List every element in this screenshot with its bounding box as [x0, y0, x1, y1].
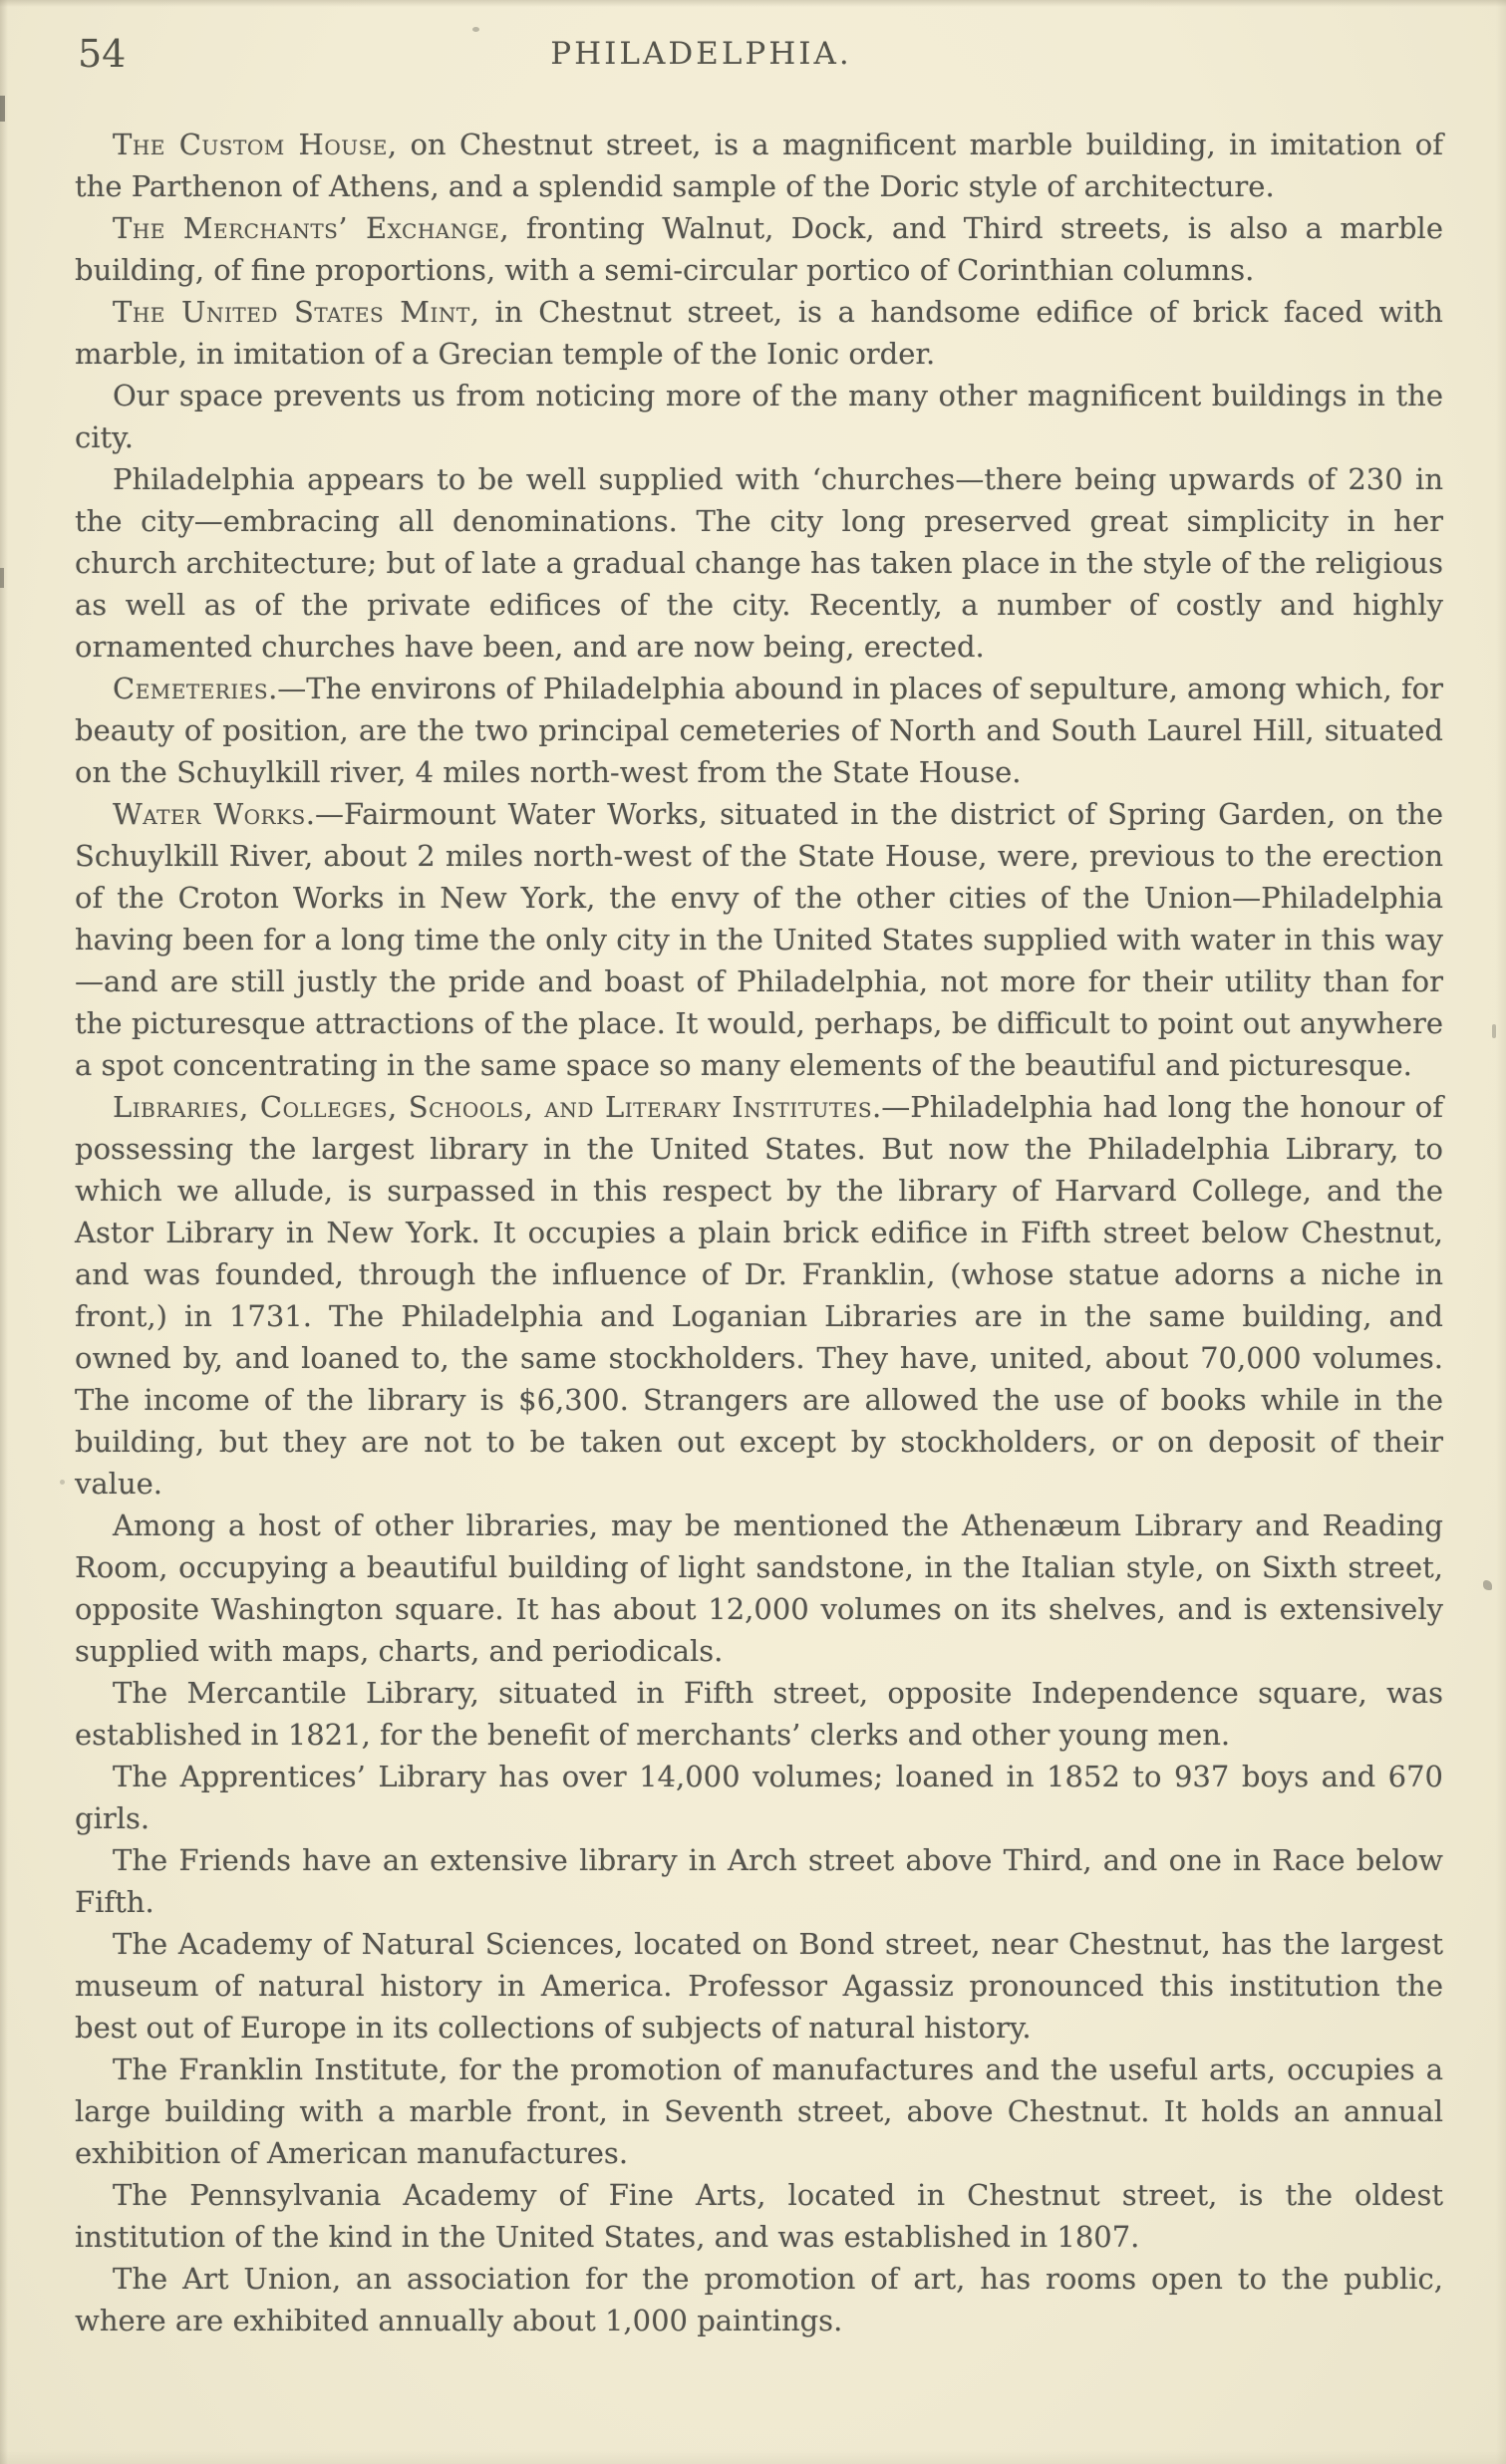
paragraph-franklin-institute: The Franklin Institute, for the promotio…: [75, 2049, 1443, 2174]
paragraph-mercantile-library: The Mercantile Library, situated in Fift…: [75, 1672, 1443, 1756]
paragraph-us-mint: The United States Mint, in Chestnut stre…: [75, 291, 1443, 375]
paragraph-text: The Franklin Institute, for the promotio…: [75, 2053, 1443, 2170]
ink-speck: [60, 1480, 65, 1485]
paragraph-text: The Art Union, an association for the pr…: [75, 2262, 1443, 2337]
paragraph-water-works: Water Works.—Fairmount Water Works, situ…: [75, 793, 1443, 1086]
paragraph-text: The Friends have an extensive library in…: [75, 1843, 1443, 1919]
paragraph-our-space: Our space prevents us from noticing more…: [75, 375, 1443, 458]
paragraph-text: .—Philadelphia had long the honour of po…: [75, 1090, 1443, 1501]
paragraph-text: The Mercantile Library, situated in Fift…: [75, 1676, 1443, 1752]
ink-speck: [472, 27, 479, 32]
paragraph-cemeteries: Cemeteries.—The environs of Philadelphia…: [75, 668, 1443, 793]
scan-edge-mark: [0, 568, 4, 588]
ink-speck: [1492, 1024, 1496, 1038]
ink-speck: [1483, 1580, 1492, 1590]
scan-edge-mark: [0, 96, 5, 122]
page-header: 54 PHILADELPHIA.: [0, 26, 1506, 86]
paragraph-apprentices-library: The Apprentices’ Library has over 14,000…: [75, 1756, 1443, 1839]
paragraph-libraries: Libraries, Colleges, Schools, and Litera…: [75, 1086, 1443, 1505]
paragraph-text: The Pennsylvania Academy of Fine Arts, l…: [75, 2178, 1443, 2254]
paragraph-academy-natural-sciences: The Academy of Natural Sciences, located…: [75, 1923, 1443, 2049]
paragraph-merchants-exchange: The Merchants’ Exchange, fronting Walnut…: [75, 207, 1443, 291]
paragraph-friends-library: The Friends have an extensive library in…: [75, 1839, 1443, 1923]
paragraph-pa-academy-fine-arts: The Pennsylvania Academy of Fine Arts, l…: [75, 2174, 1443, 2258]
paragraph-text: Among a host of other libraries, may be …: [75, 1508, 1443, 1668]
paragraph-lead: The United States Mint: [113, 295, 470, 329]
paragraph-text: Philadelphia appears to be well supplied…: [75, 462, 1443, 664]
paragraph-art-union: The Art Union, an association for the pr…: [75, 2258, 1443, 2341]
paragraph-lead: The Custom House: [113, 128, 388, 161]
paragraph-text: The Apprentices’ Library has over 14,000…: [75, 1760, 1443, 1835]
paragraph-lead: The Merchants’ Exchange: [113, 211, 499, 245]
paragraph-text: Our space prevents us from noticing more…: [75, 379, 1443, 454]
paragraph-text: The Academy of Natural Sciences, located…: [75, 1927, 1443, 2045]
paragraph-lead: Cemeteries: [113, 672, 268, 705]
paragraph-text: .—The environs of Philadelphia abound in…: [75, 672, 1443, 789]
paragraph-text: .—Fairmount Water Works, situated in the…: [75, 797, 1443, 1082]
paragraph-athenaeum: Among a host of other libraries, may be …: [75, 1505, 1443, 1672]
paragraph-lead: Water Works: [113, 797, 306, 831]
paragraph-churches: Philadelphia appears to be well supplied…: [75, 458, 1443, 668]
running-title: PHILADELPHIA.: [0, 36, 1454, 72]
paragraph-custom-house: The Custom House, on Chestnut street, is…: [75, 124, 1443, 207]
page-body: The Custom House, on Chestnut street, is…: [75, 124, 1443, 2341]
paragraph-lead: Libraries, Colleges, Schools, and Litera…: [113, 1090, 872, 1124]
